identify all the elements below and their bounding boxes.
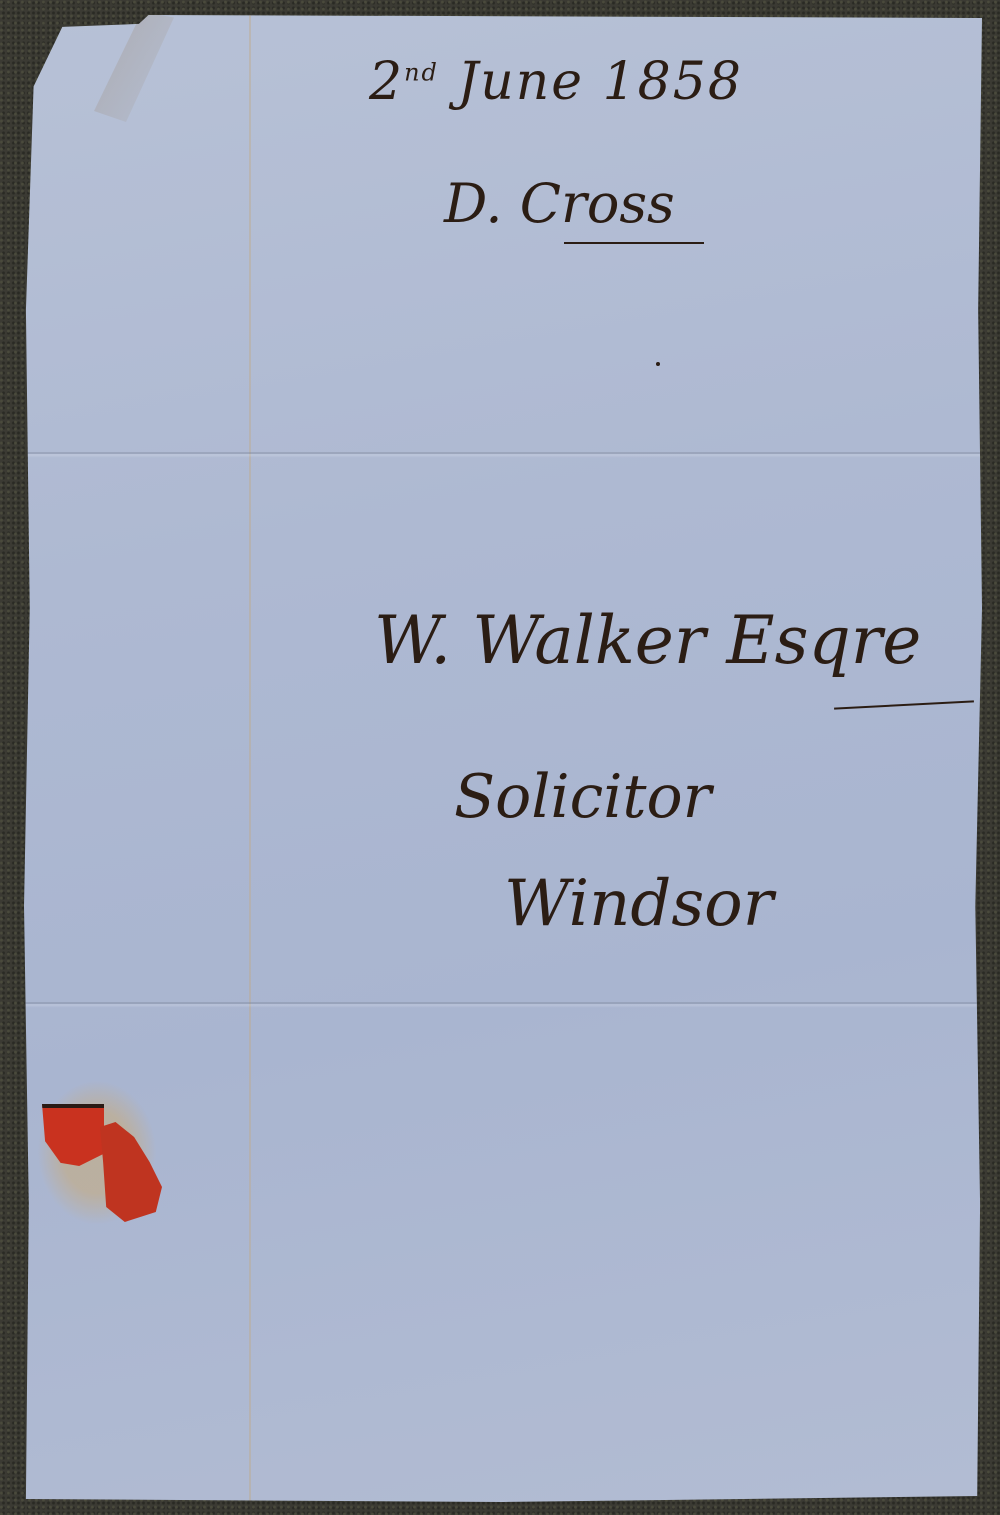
vertical-fold-line: [249, 12, 251, 1502]
torn-corner: [94, 12, 174, 122]
date-line: 2nd June 1858: [369, 52, 743, 112]
letter-paper: 2nd June 1858 D. Cross W. Walker Esqre S…: [24, 12, 982, 1502]
upper-fold-line: [24, 452, 982, 454]
date-day: 2: [369, 52, 404, 112]
addressee-title: Solicitor: [454, 762, 711, 832]
wax-seal: [42, 1092, 167, 1222]
date-suffix: nd: [404, 59, 439, 87]
lower-fold-line: [24, 1002, 982, 1004]
sender-name: D. Cross: [444, 172, 675, 235]
addressee-place: Windsor: [504, 867, 773, 941]
addressee-underline: [834, 700, 974, 709]
addressee-name: W. Walker Esqre: [374, 602, 921, 679]
ink-dot: [656, 362, 660, 366]
sender-underline: [564, 242, 704, 244]
date-month-year: June 1858: [457, 52, 742, 112]
